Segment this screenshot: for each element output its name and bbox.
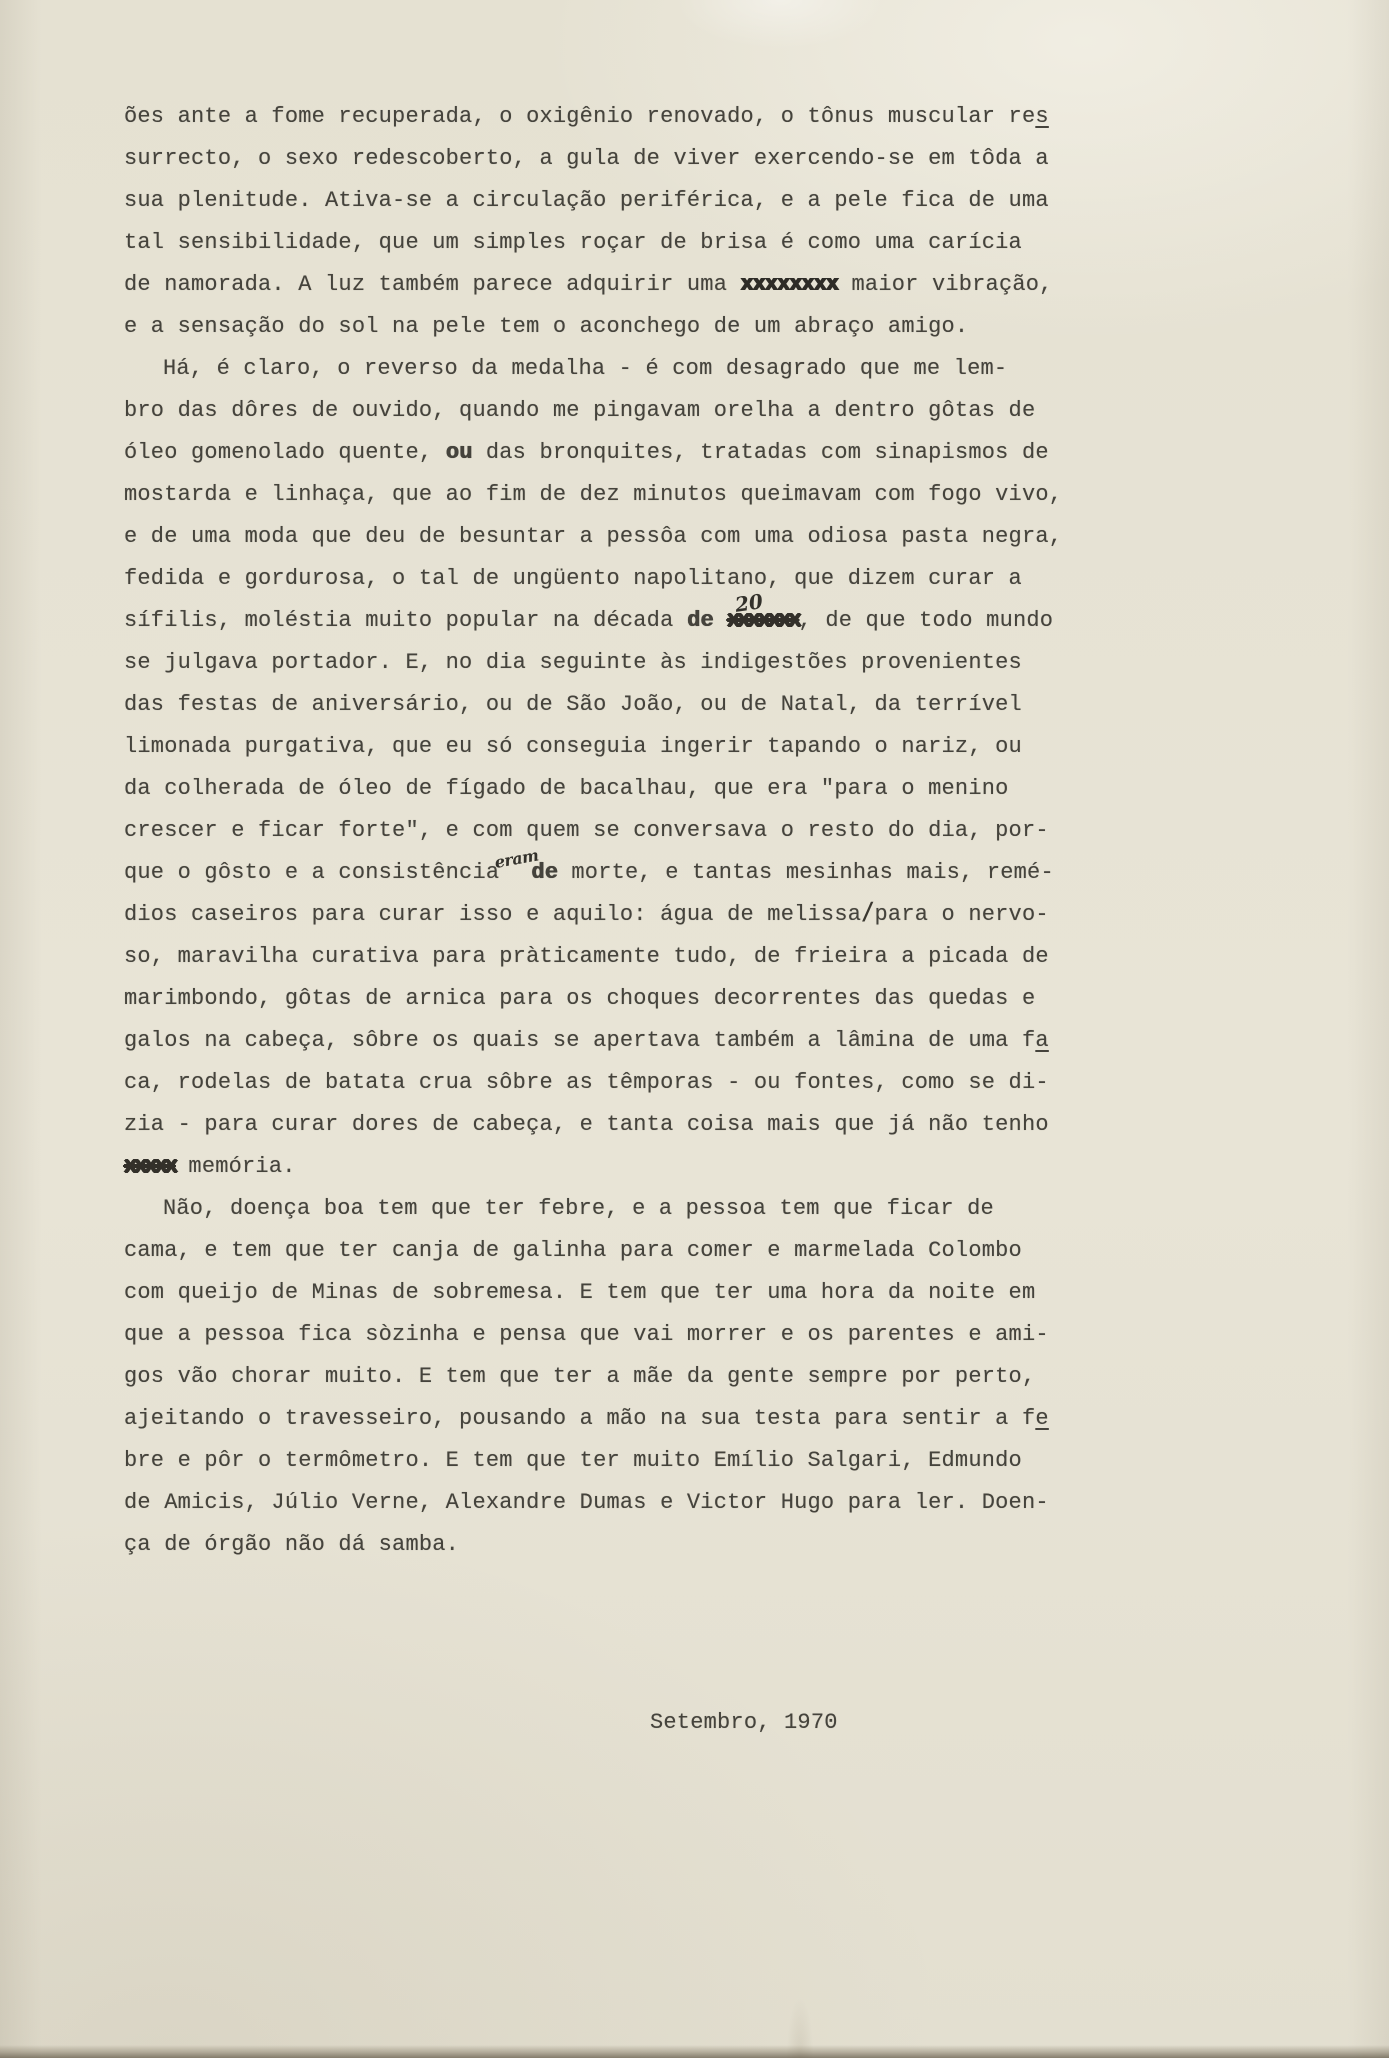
document-text-block: ões ante a fome recuperada, o oxigênio r… [124,96,1164,1566]
text-line: ões ante a fome recuperada, o oxigênio r… [124,96,1164,138]
typed-text: com queijo de Minas de sobremesa. E tem … [124,1280,1035,1305]
text-line: gos vão chorar muito. E tem que ter a mã… [124,1356,1164,1398]
typed-text: zia - para curar dores de cabeça, e tant… [124,1112,1049,1137]
overtyped-word: de [687,608,727,633]
text-line: dios caseiros para curar isso e aquilo: … [124,894,1164,936]
text-line: ajeitando o travesseiro, pousando a mão … [124,1398,1164,1440]
text-line: sífilis, moléstia muito popular na décad… [124,600,1164,642]
typed-text: surrecto, o sexo redescoberto, a gula de… [124,146,1049,171]
text-line: se julgava portador. E, no dia seguinte … [124,642,1164,684]
typed-text: óleo gomenolado quente, [124,440,446,465]
typed-text: que o gôsto e a consistência [124,860,499,885]
text-line: Há, é claro, o reverso da medalha - é co… [124,348,1164,390]
text-line: surrecto, o sexo redescoberto, a gula de… [124,138,1164,180]
scribbled-out-word: xxxxx [124,1154,175,1179]
typed-text: maior vibração, [838,272,1052,297]
text-line: bro das dôres de ouvido, quando me pinga… [124,390,1164,432]
typed-text: gos vão chorar muito. E tem que ter a mã… [124,1364,1035,1389]
typed-text: marimbondo, gôtas de arnica para os choq… [124,986,1035,1011]
continuation-underline: s [1035,104,1048,129]
typed-text: das bronquites, tratadas com sinapismos … [472,440,1048,465]
manuscript-page: { "page": { "paper_color": "#e7e3d4", "i… [0,0,1389,2058]
typed-text: das festas de aniversário, ou de São Joã… [124,692,1022,717]
typed-text: que a pessoa fica sòzinha e pensa que va… [124,1322,1049,1347]
typed-text: ajeitando o travesseiro, pousando a mão … [124,1406,1035,1431]
typed-text: sífilis, moléstia muito popular na décad… [124,608,687,633]
scribbled-out-word: xxxxxxx20 [727,608,798,633]
text-line: com queijo de Minas de sobremesa. E tem … [124,1272,1164,1314]
handwritten-correction: 20 [732,580,765,625]
text-line: que a pessoa fica sòzinha e pensa que va… [124,1314,1164,1356]
text-line: da colherada de óleo de fígado de bacalh… [124,768,1164,810]
text-line: óleo gomenolado quente, ou das bronquite… [124,432,1164,474]
text-line: marimbondo, gôtas de arnica para os choq… [124,978,1164,1020]
typed-text: de Amicis, Júlio Verne, Alexandre Dumas … [124,1490,1049,1515]
paper-fold-mark-bottom [770,1938,830,2058]
continuation-underline: e [1035,1406,1048,1431]
text-line: sua plenitude. Ativa-se a circulação per… [124,180,1164,222]
text-line: xxxxx memória. [124,1146,1164,1188]
typed-text: e a sensação do sol na pele tem o aconch… [124,314,968,339]
typed-text: galos na cabeça, sôbre os quais se apert… [124,1028,1035,1053]
text-line: de Amicis, Júlio Verne, Alexandre Dumas … [124,1482,1164,1524]
text-line: fedida e gordurosa, o tal de ungüento na… [124,558,1164,600]
paper-edge-shadow [0,2045,1389,2058]
handwritten-insert: eram [492,835,543,884]
text-line: mostarda e linhaça, que ao fim de dez mi… [124,474,1164,516]
typed-text: mostarda e linhaça, que ao fim de dez mi… [124,482,1062,507]
handwritten-slash: / [861,890,874,940]
text-line: e de uma moda que deu de besuntar a pess… [124,516,1164,558]
typed-text: morte, e tantas mesinhas mais, remé- [558,860,1054,885]
typed-text: memória. [175,1154,296,1179]
text-line: tal sensibilidade, que um simples roçar … [124,222,1164,264]
typed-text: se julgava portador. E, no dia seguinte … [124,650,1022,675]
typed-text: tal sensibilidade, que um simples roçar … [124,230,1022,255]
date-line: Setembro, 1970 [650,1710,838,1735]
typed-text: dios caseiros para curar isso e aquilo: … [124,902,861,927]
typed-text: para o nervo- [875,902,1049,927]
typed-text: crescer e ficar forte", e com quem se co… [124,818,1049,843]
typed-text: da colherada de óleo de fígado de bacalh… [124,776,1009,801]
text-line: ça de órgão não dá samba. [124,1524,1164,1566]
typed-text: e de uma moda que deu de besuntar a pess… [124,524,1062,549]
typed-text: Não, doença boa tem que ter febre, e a p… [163,1196,994,1221]
text-line: ca, rodelas de batata crua sôbre as têmp… [124,1062,1164,1104]
text-line: das festas de aniversário, ou de São Joã… [124,684,1164,726]
typed-text: sua plenitude. Ativa-se a circulação per… [124,188,1049,213]
typed-text: cama, e tem que ter canja de galinha par… [124,1238,1022,1263]
text-line: limonada purgativa, que eu só conseguia … [124,726,1164,768]
text-line: de namorada. A luz também parece adquiri… [124,264,1164,306]
typed-text: ça de órgão não dá samba. [124,1532,459,1557]
typed-text: bro das dôres de ouvido, quando me pinga… [124,398,1035,423]
typed-text: , de que todo mundo [799,608,1054,633]
text-line: cama, e tem que ter canja de galinha par… [124,1230,1164,1272]
overtyped-word: ou [446,440,473,465]
typed-text: ca, rodelas de batata crua sôbre as têmp… [124,1070,1049,1095]
text-line: Não, doença boa tem que ter febre, e a p… [124,1188,1164,1230]
typed-text: Há, é claro, o reverso da medalha - é co… [163,356,1007,381]
typed-text: de namorada. A luz também parece adquiri… [124,272,741,297]
typed-text: bre e pôr o termômetro. E tem que ter mu… [124,1448,1022,1473]
document-lines: ões ante a fome recuperada, o oxigênio r… [124,96,1164,1566]
text-line: e a sensação do sol na pele tem o aconch… [124,306,1164,348]
typed-text: so, maravilha curativa para pràticamente… [124,944,1049,969]
text-line: galos na cabeça, sôbre os quais se apert… [124,1020,1164,1062]
typed-strikeout: xxxxxxxx [741,272,839,297]
text-line: bre e pôr o termômetro. E tem que ter mu… [124,1440,1164,1482]
typed-text: fedida e gordurosa, o tal de ungüento na… [124,566,1022,591]
typed-text: ões ante a fome recuperada, o oxigênio r… [124,104,1035,129]
text-line: crescer e ficar forte", e com quem se co… [124,810,1164,852]
text-line: que o gôsto e a consistênciaeramde morte… [124,852,1164,894]
continuation-underline: a [1035,1028,1048,1053]
typed-text: limonada purgativa, que eu só conseguia … [124,734,1022,759]
text-line: so, maravilha curativa para pràticamente… [124,936,1164,978]
text-line: zia - para curar dores de cabeça, e tant… [124,1104,1164,1146]
